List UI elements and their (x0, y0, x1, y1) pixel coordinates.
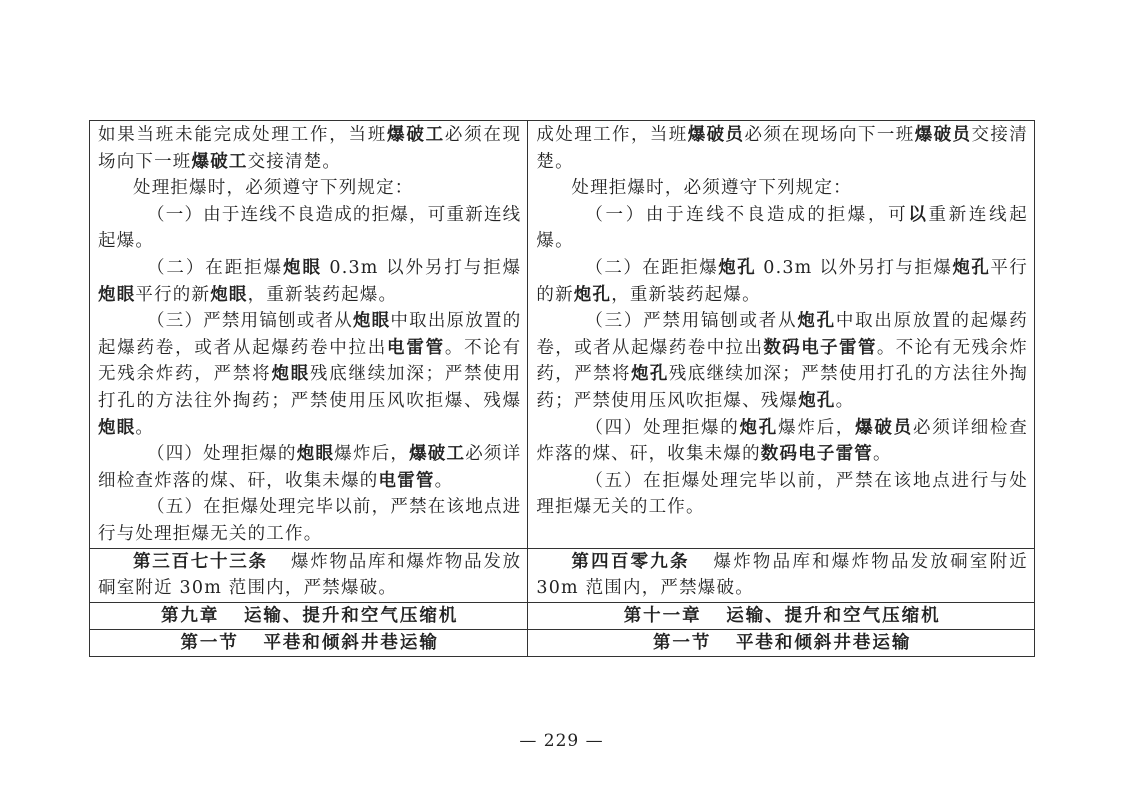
paragraph-text: 。 (135, 418, 154, 438)
paragraph: （五）在拒爆处理完毕以前，严禁在该地点进行与处理拒爆无关的工作。 (536, 468, 1028, 521)
emphasized-term: 炮眼 (271, 364, 310, 384)
old-section-heading: 第一节平巷和倾斜井巷运输 (90, 629, 528, 656)
old-section-number: 第一节 (180, 633, 239, 653)
new-article-title: 第四百零九条 (571, 552, 689, 572)
new-chapter-heading: 第十一章运输、提升和空气压缩机 (528, 602, 1035, 629)
old-article-paragraph: 第三百七十三条爆炸物品库和爆炸物品发放硐室附近 30m 范围内，严禁爆破。 (98, 549, 521, 602)
emphasized-term: 炮孔 (797, 311, 836, 331)
paragraph-text: 0.3m 以外另打与拒爆 (756, 258, 952, 278)
emphasized-term: 爆破员 (855, 418, 913, 438)
blasting-rules-row: 如果当班未能完成处理工作，当班爆破工必须在现场向下一班爆破工交接清楚。处理拒爆时… (90, 121, 1035, 549)
emphasized-term: 电雷管 (379, 471, 435, 491)
paragraph-text: 。 (836, 391, 855, 411)
paragraph-text: （五）在拒爆处理完毕以前，严禁在该地点进行与处理拒爆无关的工作。 (536, 471, 1028, 518)
paragraph-text: （二）在距拒爆 (147, 258, 283, 278)
paragraph-text: （四）处理拒爆的 (585, 418, 739, 438)
old-chapter-number: 第九章 (161, 606, 220, 626)
paragraph-text: 交接清楚。 (248, 152, 342, 172)
paragraph: 成处理工作，当班爆破员必须在现场向下一班爆破员交接清楚。 (536, 122, 1028, 175)
paragraph-text: （三）严禁用镐刨或者从 (585, 311, 797, 331)
paragraph: （三）严禁用镐刨或者从炮孔中取出原放置的起爆药卷，或者从起爆药卷中拉出数码电子雷… (536, 308, 1028, 414)
old-section-title: 平巷和倾斜井巷运输 (263, 633, 439, 653)
paragraph-text: 爆炸后， (778, 418, 855, 438)
new-chapter-title: 运输、提升和空气压缩机 (726, 606, 941, 626)
paragraph: 处理拒爆时，必须遵守下列规定： (536, 175, 1028, 202)
paragraph-text: （一）由于连线不良造成的拒爆，可 (585, 205, 908, 225)
paragraph: 处理拒爆时，必须遵守下列规定： (98, 175, 521, 202)
emphasized-term: 以 (908, 205, 928, 225)
old-version-cell: 如果当班未能完成处理工作，当班爆破工必须在现场向下一班爆破工交接清楚。处理拒爆时… (90, 121, 528, 549)
paragraph: （四）处理拒爆的炮孔爆炸后，爆破员必须详细检查炸落的煤、矸，收集未爆的数码电子雷… (536, 415, 1028, 468)
page-number: — 229 — (0, 731, 1123, 751)
new-chapter-number: 第十一章 (624, 606, 702, 626)
paragraph-text: 处理拒爆时，必须遵守下列规定： (133, 178, 414, 198)
paragraph-text: 0.3m 以外另打与拒爆 (322, 258, 522, 278)
emphasized-term: 炮眼 (297, 444, 334, 464)
emphasized-term: 爆破工 (409, 444, 465, 464)
emphasized-term: 炮眼 (353, 311, 390, 331)
paragraph: （一）由于连线不良造成的拒爆，可以重新连线起爆。 (536, 202, 1028, 255)
paragraph-text: （一）由于连线不良造成的拒爆，可重新连线起爆。 (98, 205, 521, 252)
paragraph-text: 必须在现场向下一班 (744, 125, 914, 145)
emphasized-term: 爆破工 (192, 152, 248, 172)
paragraph: 如果当班未能完成处理工作，当班爆破工必须在现场向下一班爆破工交接清楚。 (98, 122, 521, 175)
emphasized-term: 爆破员 (688, 125, 745, 145)
emphasized-term: 炮孔 (631, 364, 669, 384)
paragraph: （二）在距拒爆炮孔 0.3m 以外另打与拒爆炮孔平行的新炮孔，重新装药起爆。 (536, 255, 1028, 308)
paragraph-text: 成处理工作，当班 (536, 125, 687, 145)
old-article-title: 第三百七十三条 (133, 552, 268, 572)
paragraph-text: （五）在拒爆处理完毕以前，严禁在该地点进行与处理拒爆无关的工作。 (98, 497, 521, 544)
emphasized-term: 爆破员 (915, 125, 972, 145)
new-article-paragraph: 第四百零九条爆炸物品库和爆炸物品发放硐室附近 30m 范围内，严禁爆破。 (536, 549, 1028, 602)
paragraph: （四）处理拒爆的炮眼爆炸后，爆破工必须详细检查炸落的煤、矸，收集未爆的电雷管。 (98, 441, 521, 494)
chapter-heading-row: 第九章运输、提升和空气压缩机 第十一章运输、提升和空气压缩机 (90, 602, 1035, 629)
paragraph-text: 。 (435, 471, 454, 491)
paragraph-text: （三）严禁用镐刨或者从 (147, 311, 353, 331)
emphasized-term: 电雷管 (387, 338, 445, 358)
emphasized-term: 炮孔 (718, 258, 756, 278)
paragraph-text: ，重新装药起爆。 (611, 285, 761, 305)
article-row: 第三百七十三条爆炸物品库和爆炸物品发放硐室附近 30m 范围内，严禁爆破。 第四… (90, 548, 1035, 602)
new-version-cell: 成处理工作，当班爆破员必须在现场向下一班爆破员交接清楚。处理拒爆时，必须遵守下列… (528, 121, 1035, 549)
paragraph: （五）在拒爆处理完毕以前，严禁在该地点进行与处理拒爆无关的工作。 (98, 494, 521, 547)
emphasized-term: 数码电子雷管 (761, 444, 873, 464)
emphasized-term: 炮眼 (283, 258, 322, 278)
paragraph-text: （四）处理拒爆的 (147, 444, 297, 464)
section-heading-row: 第一节平巷和倾斜井巷运输 第一节平巷和倾斜井巷运输 (90, 629, 1035, 656)
old-chapter-title: 运输、提升和空气压缩机 (244, 606, 459, 626)
paragraph: （一）由于连线不良造成的拒爆，可重新连线起爆。 (98, 202, 521, 255)
paragraph-text: 爆炸后， (334, 444, 409, 464)
emphasized-term: 炮孔 (952, 258, 990, 278)
paragraph-text: （二）在距拒爆 (585, 258, 718, 278)
new-article-cell: 第四百零九条爆炸物品库和爆炸物品发放硐室附近 30m 范围内，严禁爆破。 (528, 548, 1035, 602)
emphasized-term: 炮孔 (574, 285, 611, 305)
paragraph-text: 。 (873, 444, 892, 464)
paragraph-text: 如果当班未能完成处理工作，当班 (98, 125, 387, 145)
old-version-paragraphs: 如果当班未能完成处理工作，当班爆破工必须在现场向下一班爆破工交接清楚。处理拒爆时… (98, 122, 521, 548)
paragraph-text: 处理拒爆时，必须遵守下列规定： (571, 178, 852, 198)
paragraph: （三）严禁用镐刨或者从炮眼中取出原放置的起爆药卷，或者从起爆药卷中拉出电雷管。不… (98, 308, 521, 441)
paragraph-text: 平行的新 (135, 285, 210, 305)
emphasized-term: 爆破工 (387, 125, 445, 145)
emphasized-term: 炮孔 (798, 391, 835, 411)
paragraph: （二）在距拒爆炮眼 0.3m 以外另打与拒爆炮眼平行的新炮眼，重新装药起爆。 (98, 255, 521, 308)
paragraph-text: ，重新装药起爆。 (248, 285, 398, 305)
old-article-cell: 第三百七十三条爆炸物品库和爆炸物品发放硐室附近 30m 范围内，严禁爆破。 (90, 548, 528, 602)
new-section-heading: 第一节平巷和倾斜井巷运输 (528, 629, 1035, 656)
emphasized-term: 炮眼 (98, 418, 135, 438)
new-section-number: 第一节 (653, 633, 712, 653)
emphasized-term: 炮眼 (210, 285, 247, 305)
comparison-table: 如果当班未能完成处理工作，当班爆破工必须在现场向下一班爆破工交接清楚。处理拒爆时… (89, 120, 1035, 657)
old-chapter-heading: 第九章运输、提升和空气压缩机 (90, 602, 528, 629)
new-section-title: 平巷和倾斜井巷运输 (736, 633, 912, 653)
emphasized-term: 炮眼 (98, 285, 135, 305)
emphasized-term: 炮孔 (740, 418, 779, 438)
new-version-paragraphs: 成处理工作，当班爆破员必须在现场向下一班爆破员交接清楚。处理拒爆时，必须遵守下列… (536, 122, 1028, 521)
emphasized-term: 数码电子雷管 (763, 338, 877, 358)
